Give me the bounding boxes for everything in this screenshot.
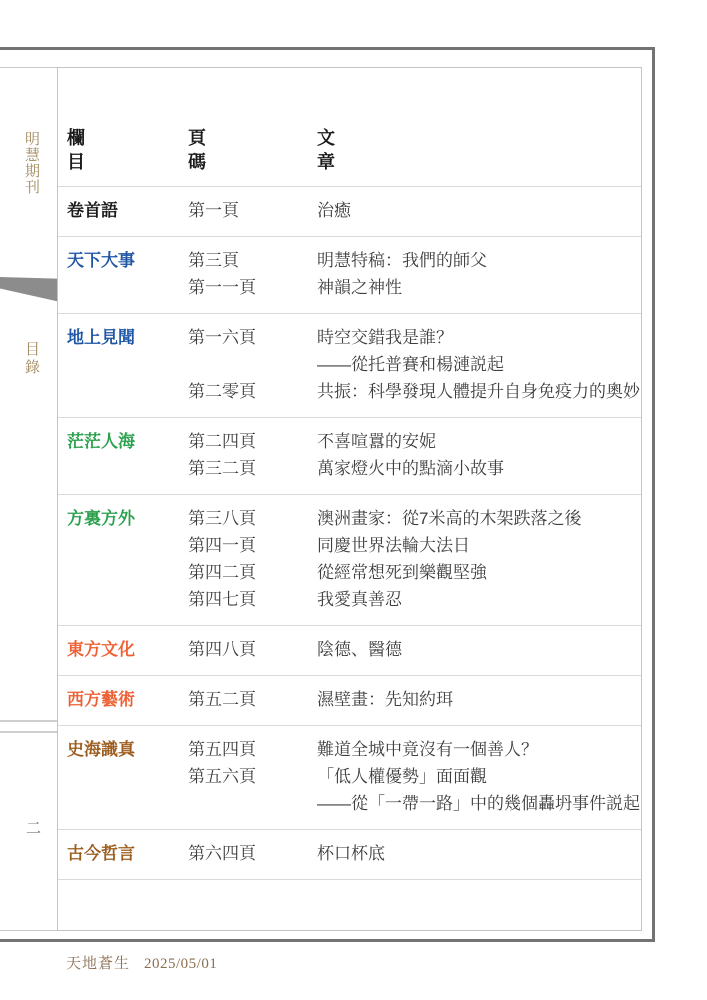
entry-page-number: 第一六頁: [188, 324, 317, 378]
entry-article-title: 「低人權優勢」面面觀——從「一帶一路」中的幾個轟坍事件説起: [317, 763, 641, 817]
toc-content-box: 欄 目 頁 碼 文 章 卷首語 第一頁治癒 天下大事 第三頁明慧特稿：我們的師父…: [57, 67, 642, 931]
toc-vertical-label: 目錄: [21, 341, 42, 377]
toc-entry: 第四八頁陰德、醫德: [188, 636, 641, 663]
top-margin-rule: [0, 67, 58, 68]
entry-page-number: 第一頁: [188, 197, 317, 224]
issue-date: 2025/05/01: [144, 956, 217, 972]
toc-entry: 第五二頁濕壁畫：先知約珥: [188, 686, 641, 713]
entry-article-title: 澳洲畫家：從7米高的木架跌落之後: [317, 505, 641, 532]
toc-entry: 第四二頁從經常想死到樂觀堅強: [188, 559, 641, 586]
entry-page-number: 第五六頁: [188, 763, 317, 817]
toc-section-row: 西方藝術 第五二頁濕壁畫：先知約珥: [58, 676, 641, 726]
toc-section-row: 卷首語 第一頁治癒: [58, 187, 641, 237]
section-entries: 第三頁明慧特稿：我們的師父第一一頁神韻之神性: [188, 247, 641, 301]
toc-entry: 第一六頁時空交錯我是誰？——從托普賽和楊漣説起: [188, 324, 641, 378]
entry-article-title: 治癒: [317, 197, 641, 224]
entry-page-number: 第五二頁: [188, 686, 317, 713]
entry-page-number: 第五四頁: [188, 736, 317, 763]
entry-article-title: 不喜喧囂的安妮: [317, 428, 641, 455]
header-article-column: 文 章: [317, 126, 641, 174]
entry-article-title: 陰德、醫德: [317, 636, 641, 663]
entry-article-title: 難道全城中竟沒有一個善人？: [317, 736, 641, 763]
toc-entry: 第六四頁杯口杯底: [188, 840, 641, 867]
entry-article-title: 萬家燈火中的點滴小故事: [317, 455, 641, 482]
entry-page-number: 第一一頁: [188, 274, 317, 301]
section-entries: 第四八頁陰德、醫德: [188, 636, 641, 663]
toc-entry: 第五六頁「低人權優勢」面面觀——從「一帶一路」中的幾個轟坍事件説起: [188, 763, 641, 817]
toc-entry: 第五四頁難道全城中竟沒有一個善人？: [188, 736, 641, 763]
publication-name: 天地蒼生: [66, 956, 130, 972]
section-title: 天下大事: [67, 247, 188, 301]
section-title: 茫茫人海: [67, 428, 188, 482]
gutter-fold-line: [0, 731, 58, 733]
masthead-vertical-title: 明慧期刊: [21, 131, 42, 195]
toc-entry: 第一一頁神韻之神性: [188, 274, 641, 301]
toc-header-row: 欄 目 頁 碼 文 章: [58, 68, 641, 187]
section-entries: 第一六頁時空交錯我是誰？——從托普賽和楊漣説起第二零頁共振：科學發現人體提升自身…: [188, 324, 641, 405]
gutter-fold-line: [0, 720, 58, 722]
footer: 天地蒼生2025/05/01: [66, 952, 217, 973]
toc-entry: 第四七頁我愛真善忍: [188, 586, 641, 613]
section-title: 史海識真: [67, 736, 188, 817]
section-title: 方裏方外: [67, 505, 188, 613]
section-entries: 第五二頁濕壁畫：先知約珥: [188, 686, 641, 713]
toc-section-row: 東方文化 第四八頁陰德、醫德: [58, 626, 641, 676]
toc-section-row: 方裏方外 第三八頁澳洲畫家：從7米高的木架跌落之後第四一頁同慶世界法輪大法日第四…: [58, 495, 641, 626]
magazine-toc-page: 明慧期刊 目錄 二 欄 目 頁 碼 文 章 卷首語 第一頁治癒 天下大事 第三頁…: [0, 0, 707, 1000]
section-title: 東方文化: [67, 636, 188, 663]
entry-article-title: 時空交錯我是誰？——從托普賽和楊漣説起: [317, 324, 641, 378]
entry-article-title: 杯口杯底: [317, 840, 641, 867]
toc-entry: 第三頁明慧特稿：我們的師父: [188, 247, 641, 274]
entry-page-number: 第三八頁: [188, 505, 317, 532]
toc-entry: 第三二頁萬家燈火中的點滴小故事: [188, 455, 641, 482]
entry-article-title: 共振：科學發現人體提升自身免疫力的奧妙: [317, 378, 641, 405]
entry-page-number: 第四八頁: [188, 636, 317, 663]
toc-entry: 第三八頁澳洲畫家：從7米高的木架跌落之後: [188, 505, 641, 532]
entry-page-number: 第六四頁: [188, 840, 317, 867]
toc-entry: 第二四頁不喜喧囂的安妮: [188, 428, 641, 455]
header-page-column: 頁 碼: [188, 126, 317, 174]
toc-section-row: 天下大事 第三頁明慧特稿：我們的師父第一一頁神韻之神性: [58, 237, 641, 314]
section-title: 古今哲言: [67, 840, 188, 867]
entry-article-title: 明慧特稿：我們的師父: [317, 247, 641, 274]
section-entries: 第二四頁不喜喧囂的安妮第三二頁萬家燈火中的點滴小故事: [188, 428, 641, 482]
header-section-column: 欄 目: [67, 126, 188, 174]
section-title: 西方藝術: [67, 686, 188, 713]
bottom-margin-rule: [0, 930, 58, 931]
section-entries: 第三八頁澳洲畫家：從7米高的木架跌落之後第四一頁同慶世界法輪大法日第四二頁從經常…: [188, 505, 641, 613]
entry-article-title: 神韻之神性: [317, 274, 641, 301]
entry-article-title: 同慶世界法輪大法日: [317, 532, 641, 559]
entry-page-number: 第三頁: [188, 247, 317, 274]
section-entries: 第六四頁杯口杯底: [188, 840, 641, 867]
section-title: 地上見聞: [67, 324, 188, 405]
toc-section-row: 史海識真 第五四頁難道全城中竟沒有一個善人？第五六頁「低人權優勢」面面觀——從「…: [58, 726, 641, 830]
entry-page-number: 第四七頁: [188, 586, 317, 613]
toc-section-row: 古今哲言 第六四頁杯口杯底: [58, 830, 641, 880]
folio-page-number: 二: [26, 817, 41, 838]
entry-page-number: 第三二頁: [188, 455, 317, 482]
toc-entry: 第四一頁同慶世界法輪大法日: [188, 532, 641, 559]
entry-article-title: 從經常想死到樂觀堅強: [317, 559, 641, 586]
toc-entry: 第二零頁共振：科學發現人體提升自身免疫力的奧妙: [188, 378, 641, 405]
section-entries: 第五四頁難道全城中竟沒有一個善人？第五六頁「低人權優勢」面面觀——從「一帶一路」…: [188, 736, 641, 817]
entry-page-number: 第二零頁: [188, 378, 317, 405]
entry-page-number: 第二四頁: [188, 428, 317, 455]
entry-page-number: 第四二頁: [188, 559, 317, 586]
entry-article-title: 濕壁畫：先知約珥: [317, 686, 641, 713]
toc-section-row: 地上見聞 第一六頁時空交錯我是誰？——從托普賽和楊漣説起第二零頁共振：科學發現人…: [58, 314, 641, 418]
toc-entry: 第一頁治癒: [188, 197, 641, 224]
section-title: 卷首語: [67, 197, 188, 224]
toc-section-row: 茫茫人海 第二四頁不喜喧囂的安妮第三二頁萬家燈火中的點滴小故事: [58, 418, 641, 495]
entry-page-number: 第四一頁: [188, 532, 317, 559]
toc-rows: 卷首語 第一頁治癒 天下大事 第三頁明慧特稿：我們的師父第一一頁神韻之神性 地上…: [58, 187, 641, 880]
entry-article-title: 我愛真善忍: [317, 586, 641, 613]
section-entries: 第一頁治癒: [188, 197, 641, 224]
